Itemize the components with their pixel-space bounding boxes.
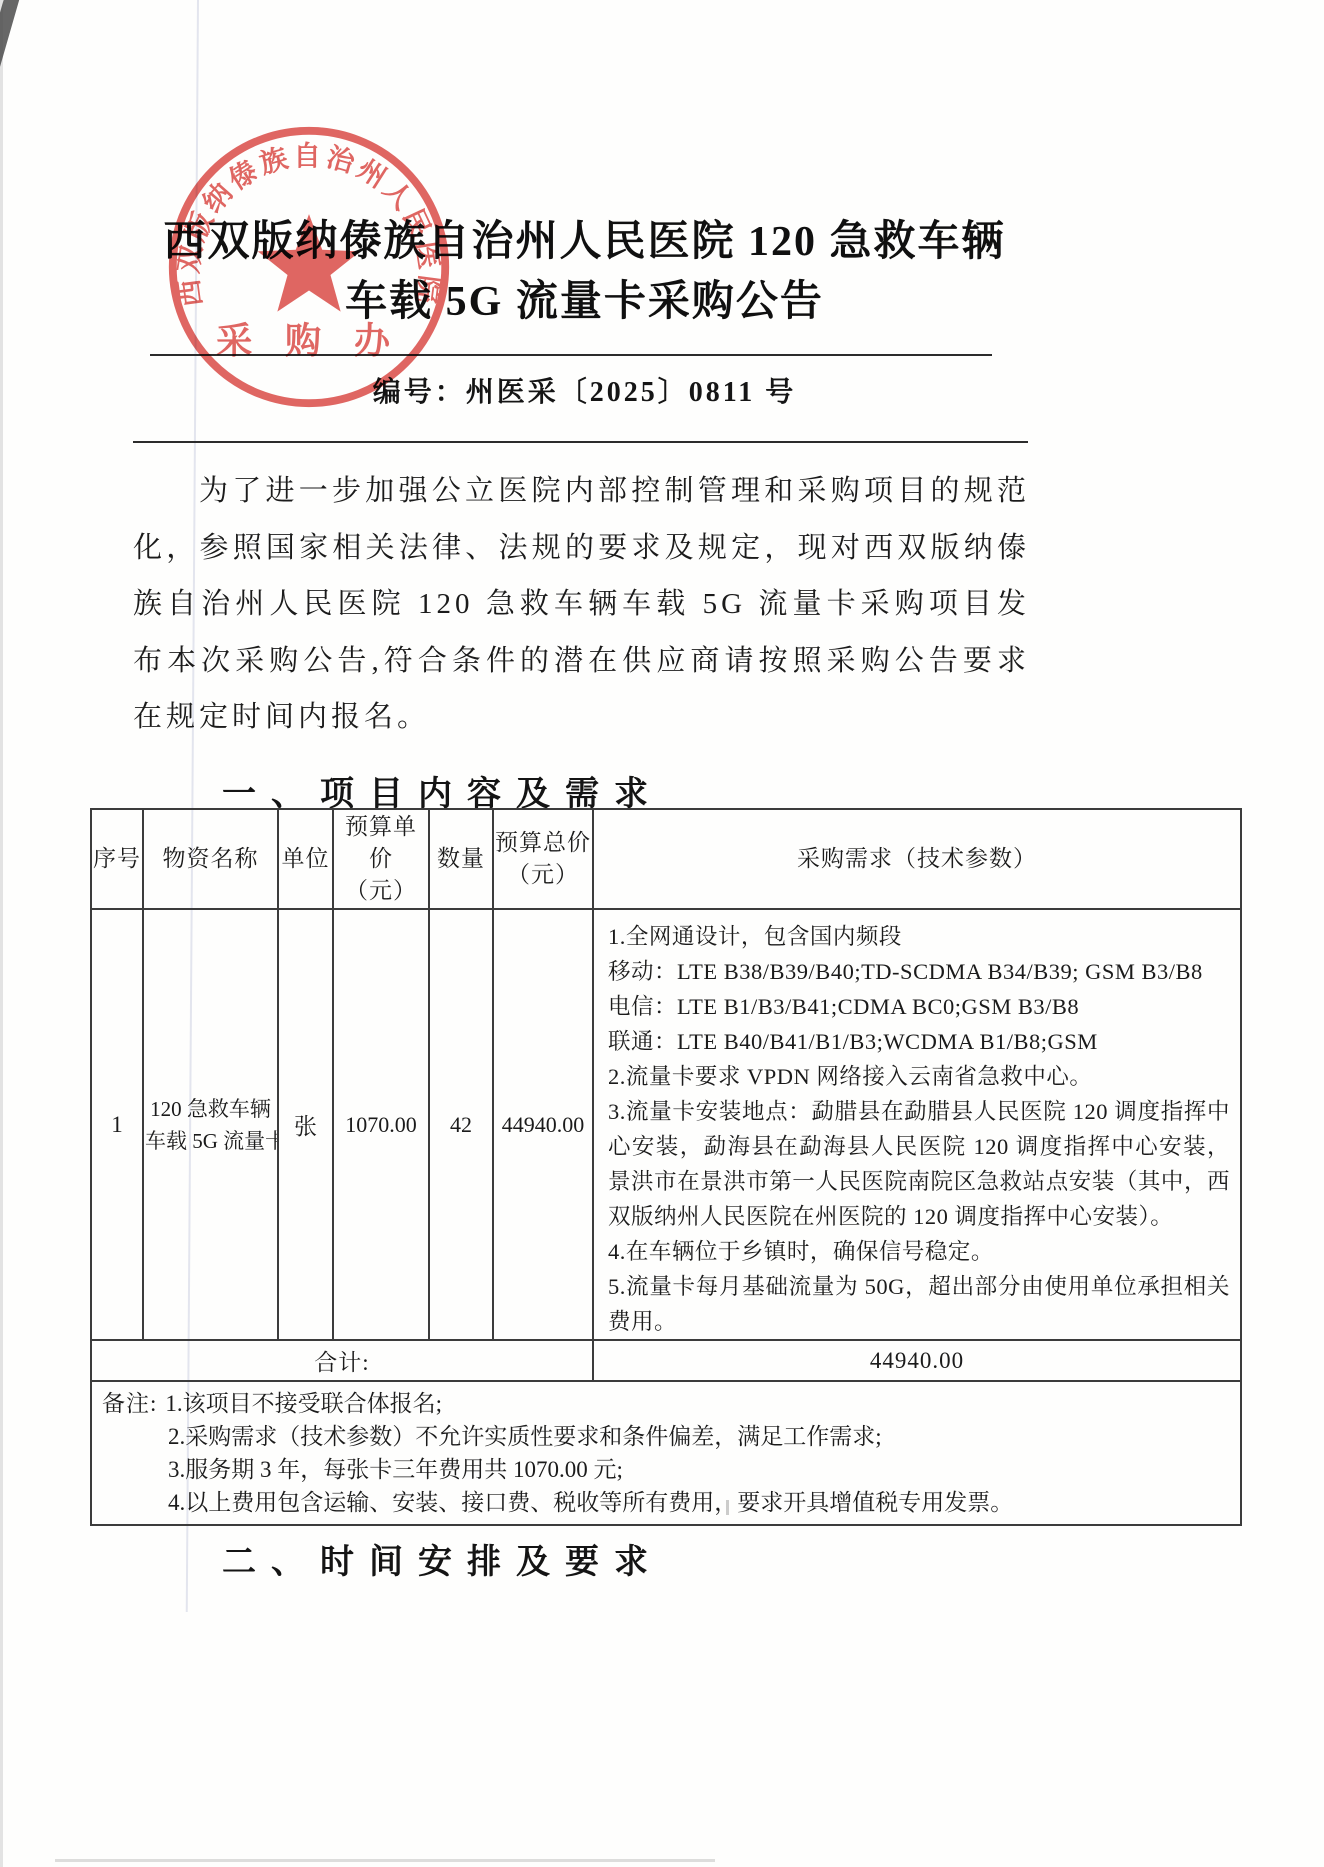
section-2-heading: 二、时间安排及要求 bbox=[222, 1534, 663, 1583]
col-header-unit-price-sub: （元） bbox=[335, 875, 427, 907]
notes-row: 备注: 1.该项目不接受联合体报名; 2.采购需求（技术参数）不允许实质性要求和… bbox=[91, 1381, 1241, 1525]
cell-unit-price: 1070.00 bbox=[333, 909, 429, 1340]
col-header-index: 序号 bbox=[91, 809, 143, 909]
col-header-unit-price-main: 预算单价 bbox=[335, 811, 427, 875]
items-table: 序号 物资名称 单位 预算单价 （元） 数量 预算总价 （元） 采购需求（技术参… bbox=[90, 808, 1242, 1526]
scan-corner-mark bbox=[0, 0, 21, 72]
requirement-line: 4.在车辆位于乡镇时，确保信号稳定。 bbox=[608, 1234, 1230, 1269]
requirement-line: 5.流量卡每月基础流量为 50G，超出部分由使用单位承担相关费用。 bbox=[608, 1269, 1230, 1339]
col-header-unit-price: 预算单价 （元） bbox=[333, 809, 429, 909]
col-header-total-price: 预算总价 （元） bbox=[493, 809, 593, 909]
total-value: 44940.00 bbox=[593, 1340, 1241, 1381]
col-header-name: 物资名称 bbox=[143, 809, 278, 909]
table-header-row: 序号 物资名称 单位 预算单价 （元） 数量 预算总价 （元） 采购需求（技术参… bbox=[91, 809, 1241, 909]
notes-cell: 备注: 1.该项目不接受联合体报名; 2.采购需求（技术参数）不允许实质性要求和… bbox=[91, 1381, 1241, 1525]
cell-total-price: 44940.00 bbox=[493, 909, 593, 1340]
scanned-procurement-notice: 西双版纳傣族自治州人民医院 采 购 办 西双版纳傣族自治州人民医院 120 急救… bbox=[0, 0, 1324, 1867]
requirement-line: 2.流量卡要求 VPDN 网络接入云南省急救中心。 bbox=[608, 1059, 1230, 1094]
col-header-total-price-main: 预算总价 bbox=[495, 827, 591, 859]
page-left-edge bbox=[0, 0, 3, 1867]
requirement-line: 电信：LTE B1/B3/B41;CDMA BC0;GSM B3/B8 bbox=[608, 989, 1230, 1024]
requirement-line: 联通：LTE B40/B41/B1/B3;WCDMA B1/B8;GSM bbox=[608, 1024, 1230, 1059]
table-row: 1 120 急救车辆 车载 5G 流量卡 张 1070.00 42 44940.… bbox=[91, 909, 1241, 1340]
cell-requirements: 1.全网通设计，包含国内频段 移动：LTE B38/B39/B40;TD-SCD… bbox=[593, 909, 1241, 1340]
requirement-line: 移动：LTE B38/B39/B40;TD-SCDMA B34/B39; GSM… bbox=[608, 954, 1230, 989]
requirement-line: 1.全网通设计，包含国内频段 bbox=[608, 919, 1230, 954]
official-seal: 西双版纳傣族自治州人民医院 采 购 办 bbox=[162, 120, 456, 414]
notes-label: 备注: bbox=[102, 1387, 157, 1420]
total-row: 合计: 44940.00 bbox=[91, 1340, 1241, 1381]
star-icon bbox=[258, 214, 361, 312]
note-item: 1.该项目不接受联合体报名; bbox=[165, 1387, 442, 1420]
col-header-total-price-sub: （元） bbox=[495, 859, 591, 891]
item-name-line-1: 120 急救车辆 bbox=[145, 1093, 276, 1125]
cell-unit: 张 bbox=[278, 909, 333, 1340]
item-name-line-2: 车载 5G 流量卡 bbox=[145, 1125, 276, 1157]
cell-index: 1 bbox=[91, 909, 143, 1340]
requirement-line: 3.流量卡安装地点：勐腊县在勐腊县人民医院 120 调度指挥中心安装，勐海县在勐… bbox=[608, 1094, 1230, 1234]
cell-qty: 42 bbox=[429, 909, 493, 1340]
intro-paragraph: 为了进一步加强公立医院内部控制管理和采购项目的规范化，参照国家相关法律、法规的要… bbox=[133, 463, 1030, 746]
seal-office-text: 采 购 办 bbox=[216, 321, 402, 361]
note-item: 4.以上费用包含运输、安装、接口费、税收等所有费用，要求开具增值税专用发票。 bbox=[168, 1486, 1230, 1519]
total-label: 合计: bbox=[91, 1340, 593, 1381]
note-item: 3.服务期 3 年，每张卡三年费用共 1070.00 元; bbox=[168, 1453, 1230, 1486]
scan-bottom-streak bbox=[55, 1859, 715, 1862]
col-header-unit: 单位 bbox=[278, 809, 333, 909]
note-item: 2.采购需求（技术参数）不允许实质性要求和条件偏差，满足工作需求; bbox=[168, 1420, 1230, 1453]
cell-item-name: 120 急救车辆 车载 5G 流量卡 bbox=[143, 909, 278, 1340]
col-header-requirements: 采购需求（技术参数） bbox=[593, 809, 1241, 909]
col-header-qty: 数量 bbox=[429, 809, 493, 909]
header-divider bbox=[133, 441, 1028, 443]
